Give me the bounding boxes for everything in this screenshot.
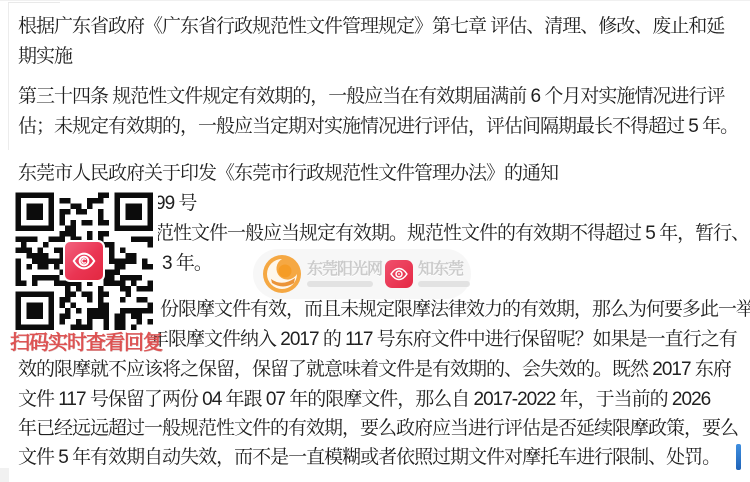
document-text-line: 文件 117 号保留了两份 04 年跟 07 年的限摩文件，那么自 2017-2…: [18, 387, 710, 413]
bottom-left-mark: [0, 468, 9, 482]
document-text-line: 期实施: [18, 44, 72, 70]
document-text-line: 年已经远远超过一般规范性文件的有效期，要么政府应当进行评估是否延续限摩政策，要么: [18, 416, 738, 442]
app-watermark-label: 知东莞: [418, 262, 471, 278]
text-cursor: [736, 444, 741, 470]
document-text-line: 估；未规定有效期的，一般应当定期对实施情况进行评估，评估间隔期最长不得超过 5 …: [18, 114, 738, 140]
qr-center-badge: [65, 242, 103, 280]
document-text-line: 文件 5 年有效期自动失效，而不是一直模糊或者依照过期文件对摩托车进行限制、处罚…: [18, 445, 720, 471]
document-text-line: 份限摩文件有效，而且未规定限摩法律效力的有效期，那么为何要多此一举: [160, 297, 750, 323]
document-text-line: 第三十四条 规范性文件规定有效期的，一般应当在有效期届满前 6 个月对实施情况进…: [18, 84, 724, 110]
document-text-line: 范性文件一般应当规定有效期。规范性文件的有效期不得超过 5 年，暂行、: [155, 221, 749, 247]
document-text-line: 效的限摩就不应该将之保留，保留了就意味着文件是有效期的、会失效的。既然 2017…: [18, 357, 731, 383]
sun-logo-icon: [261, 253, 303, 295]
document-text-line: 3 年。: [162, 251, 212, 277]
document-text-line: 东莞市人民政府关于印发《东莞市行政规范性文件管理办法》的通知: [18, 161, 558, 187]
site-watermark: 东莞阳光网 知东莞: [253, 249, 471, 299]
eye-icon: [71, 248, 97, 274]
app-watermark-subtext: [418, 281, 470, 287]
left-border-line: [8, 2, 9, 150]
document-text-line: 根据广东省政府《广东省行政规范性文件管理规定》第七章 评估、清理、修改、废止和延: [18, 14, 724, 40]
eye-app-icon: [385, 260, 413, 288]
qr-code[interactable]: [10, 187, 158, 335]
top-border-line: [0, 0, 750, 1]
corner-border-line: [8, 2, 60, 3]
site-watermark-label: 东莞阳光网: [307, 262, 377, 278]
site-watermark-subtext: [307, 281, 373, 287]
document-text-line: 99 号: [155, 191, 196, 217]
qr-caption: 扫码实时查看回复: [10, 326, 162, 355]
document-text-line: 年限摩文件纳入 2017 的 117 号东府文件中进行保留呢？如果是一直行之有: [150, 327, 737, 353]
